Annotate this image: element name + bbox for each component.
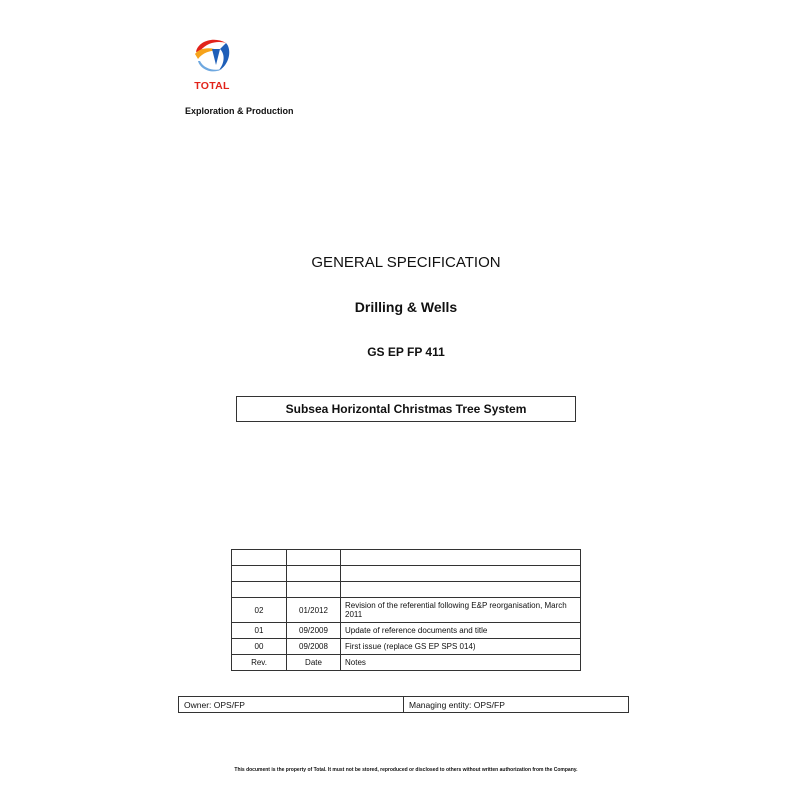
date-cell xyxy=(287,550,341,566)
notes-header: Notes xyxy=(341,655,581,671)
document-subject: Subsea Horizontal Christmas Tree System xyxy=(236,396,576,422)
document-reference: GS EP FP 411 xyxy=(0,345,800,359)
division-label: Exploration & Production xyxy=(185,106,294,116)
date-cell: 09/2008 xyxy=(287,639,341,655)
notes-cell: Update of reference documents and title xyxy=(341,623,581,639)
revision-table: 02 01/2012 Revision of the referential f… xyxy=(231,549,581,671)
managing-entity-cell: Managing entity: OPS/FP xyxy=(404,697,629,713)
rev-cell: 02 xyxy=(232,598,287,623)
date-cell: 01/2012 xyxy=(287,598,341,623)
document-type: GENERAL SPECIFICATION xyxy=(0,254,800,271)
ownership-table: Owner: OPS/FP Managing entity: OPS/FP xyxy=(178,696,629,713)
notes-cell xyxy=(341,582,581,598)
date-cell xyxy=(287,582,341,598)
brand-name: TOTAL xyxy=(186,80,238,92)
table-row: 01 09/2009 Update of reference documents… xyxy=(232,623,581,639)
date-cell xyxy=(287,566,341,582)
notes-cell xyxy=(341,550,581,566)
rev-cell xyxy=(232,566,287,582)
date-cell: 09/2009 xyxy=(287,623,341,639)
table-header-row: Rev. Date Notes xyxy=(232,655,581,671)
document-category: Drilling & Wells xyxy=(0,299,800,315)
owner-cell: Owner: OPS/FP xyxy=(179,697,404,713)
rev-header: Rev. xyxy=(232,655,287,671)
notes-cell xyxy=(341,566,581,582)
table-row: 02 01/2012 Revision of the referential f… xyxy=(232,598,581,623)
total-logo-icon xyxy=(190,35,234,77)
table-row xyxy=(232,566,581,582)
table-row: 00 09/2008 First issue (replace GS EP SP… xyxy=(232,639,581,655)
rev-cell xyxy=(232,550,287,566)
table-row xyxy=(232,550,581,566)
rev-cell: 01 xyxy=(232,623,287,639)
rev-cell xyxy=(232,582,287,598)
table-row: Owner: OPS/FP Managing entity: OPS/FP xyxy=(179,697,629,713)
notes-cell: Revision of the referential following E&… xyxy=(341,598,581,623)
confidentiality-notice: This document is the property of Total. … xyxy=(0,767,800,773)
table-row xyxy=(232,582,581,598)
rev-cell: 00 xyxy=(232,639,287,655)
date-header: Date xyxy=(287,655,341,671)
subject-text: Subsea Horizontal Christmas Tree System xyxy=(286,402,527,416)
notes-cell: First issue (replace GS EP SPS 014) xyxy=(341,639,581,655)
